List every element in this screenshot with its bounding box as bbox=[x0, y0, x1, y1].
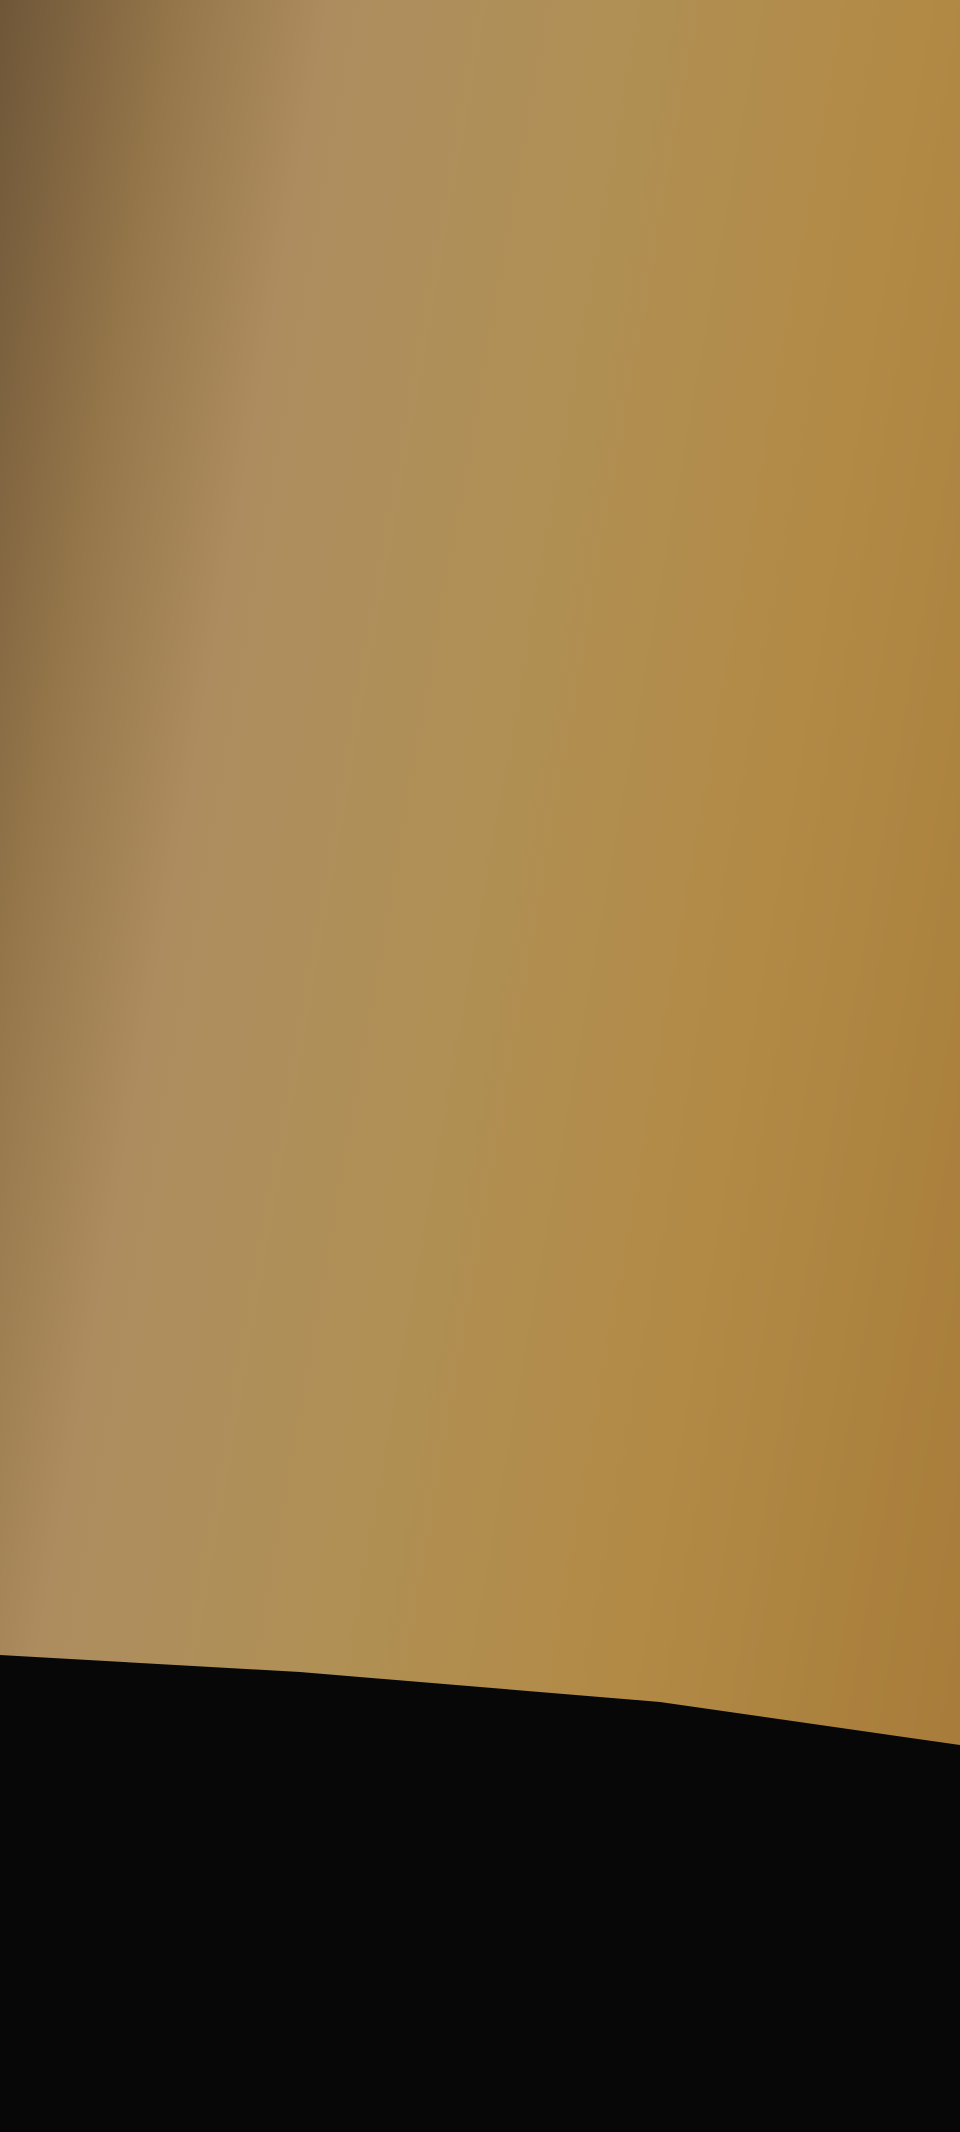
photo-scene: 隆尧县市场监督管理局 行政处罚决定书 隆市监隆处罚〔2023〕G6 号 当事人：… bbox=[0, 0, 960, 2132]
redaction-party-name bbox=[0, 717, 425, 782]
redaction-legal-rep-smudge bbox=[0, 977, 100, 1015]
smudge-mark bbox=[0, 1233, 70, 1353]
smudge-mark bbox=[0, 1111, 95, 1153]
manila-envelope bbox=[0, 0, 960, 1745]
smudge-mark bbox=[0, 1153, 115, 1201]
envelope-flap bbox=[148, 0, 488, 152]
smudge-mark bbox=[0, 1201, 135, 1233]
